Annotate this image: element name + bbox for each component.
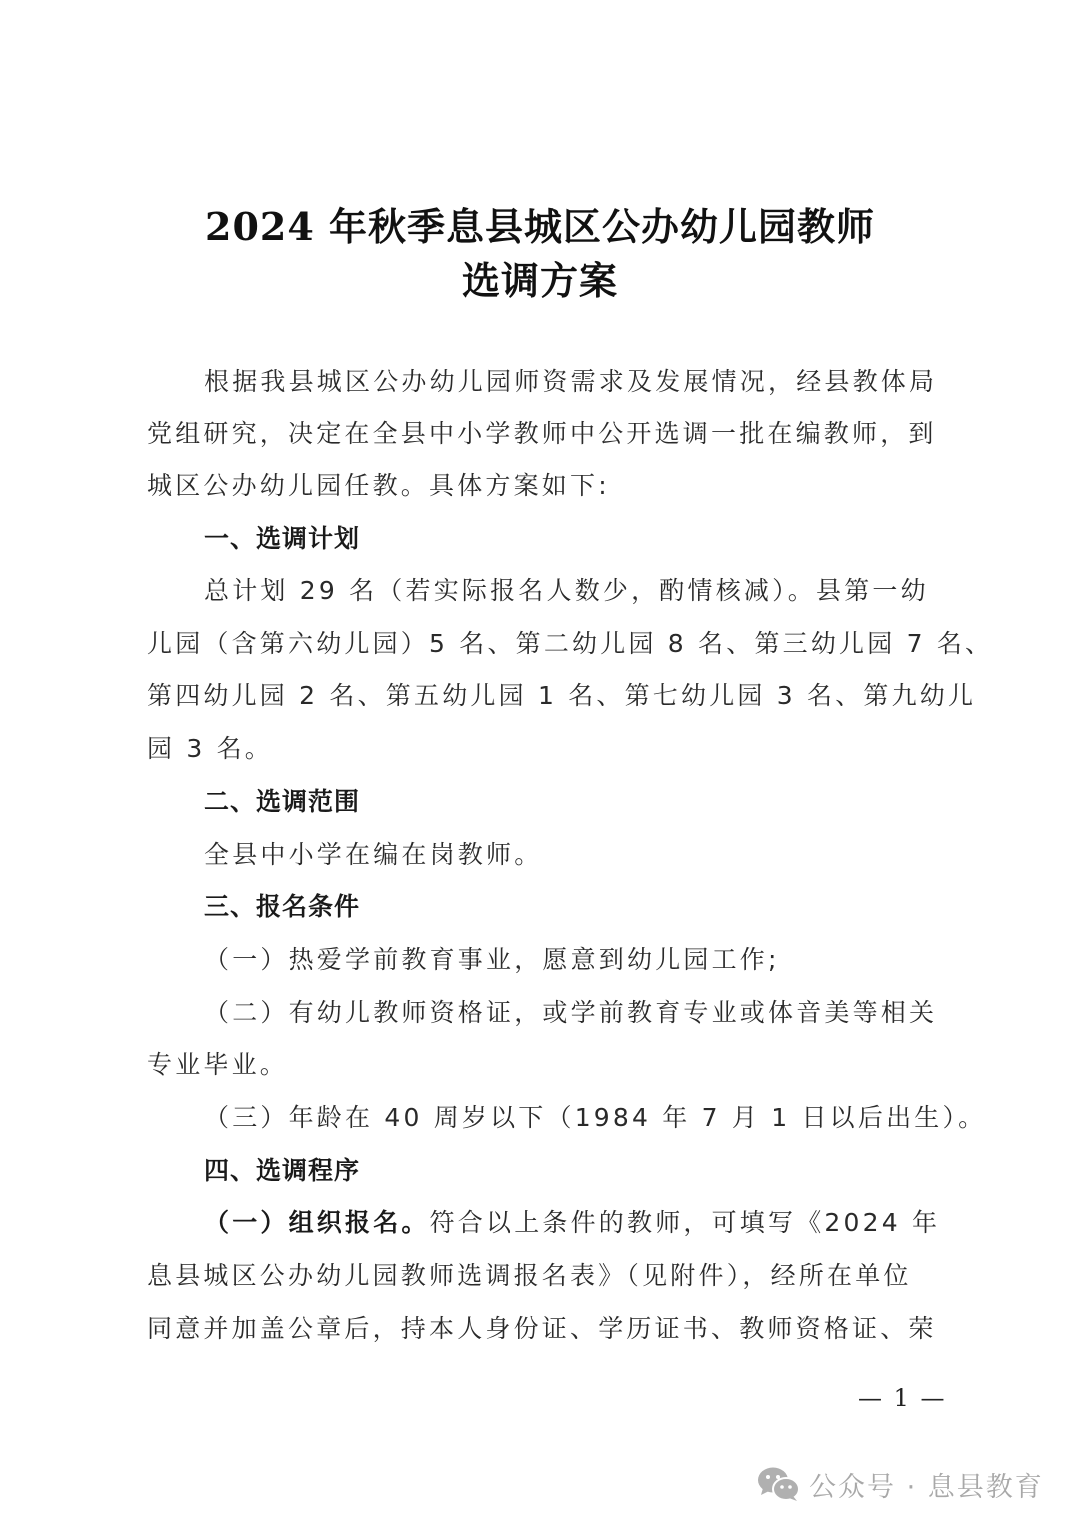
section4-heading: 四、选调程序 <box>204 1156 1004 1186</box>
section4-item1-bold: （一）组织报名。 <box>204 1208 430 1237</box>
section4-line-3: 同意并加盖公章后，持本人身份证、学历证书、教师资格证、荣 <box>147 1314 947 1344</box>
intro-line-3: 城区公办幼儿园任教。具体方案如下: <box>147 471 947 501</box>
document-title-line1: 2024 年秋季息县城区公办幼儿园教师 <box>0 196 1080 251</box>
intro-line-2: 党组研究，决定在全县中小学教师中公开选调一批在编教师，到 <box>147 419 947 449</box>
section4-item1-rest: 符合以上条件的教师，可填写《2024 年 <box>430 1208 941 1237</box>
section1-line-4: 园 3 名。 <box>147 734 947 764</box>
section2-heading: 二、选调范围 <box>204 787 1004 817</box>
section4-line-2: 息县城区公办幼儿园教师选调报名表》（见附件），经所在单位 <box>147 1261 947 1291</box>
section2-line-1: 全县中小学在编在岗教师。 <box>204 840 1004 870</box>
section3-heading: 三、报名条件 <box>204 892 1004 922</box>
section1-heading: 一、选调计划 <box>204 524 1004 554</box>
document-title-line2: 选调方案 <box>0 250 1080 305</box>
section4-item1: （一）组织报名。符合以上条件的教师，可填写《2024 年 <box>204 1208 1004 1238</box>
watermark-text: 公众号 · 息县教育 <box>809 1465 1044 1504</box>
page-number: — 1 — <box>858 1384 947 1412</box>
section1-line-3: 第四幼儿园 2 名、第五幼儿园 1 名、第七幼儿园 3 名、第九幼儿 <box>147 681 947 711</box>
section1-line-1: 总计划 29 名（若实际报名人数少，酌情核减）。县第一幼 <box>204 576 1004 606</box>
watermark: 公众号 · 息县教育 <box>757 1464 1044 1504</box>
intro-line-1: 根据我县城区公办幼儿园师资需求及发展情况，经县教体局 <box>204 367 1004 397</box>
section3-line-1: （一）热爱学前教育事业，愿意到幼儿园工作; <box>204 945 1004 975</box>
section1-line-2: 儿园（含第六幼儿园）5 名、第二幼儿园 8 名、第三幼儿园 7 名、 <box>147 629 947 659</box>
section3-line-2: （二）有幼儿教师资格证，或学前教育专业或体音美等相关 <box>204 998 1004 1028</box>
wechat-icon <box>757 1466 801 1502</box>
section3-line-4: （三）年龄在 40 周岁以下（1984 年 7 月 1 日以后出生）。 <box>204 1103 1004 1133</box>
section3-line-3: 专业毕业。 <box>147 1050 947 1080</box>
